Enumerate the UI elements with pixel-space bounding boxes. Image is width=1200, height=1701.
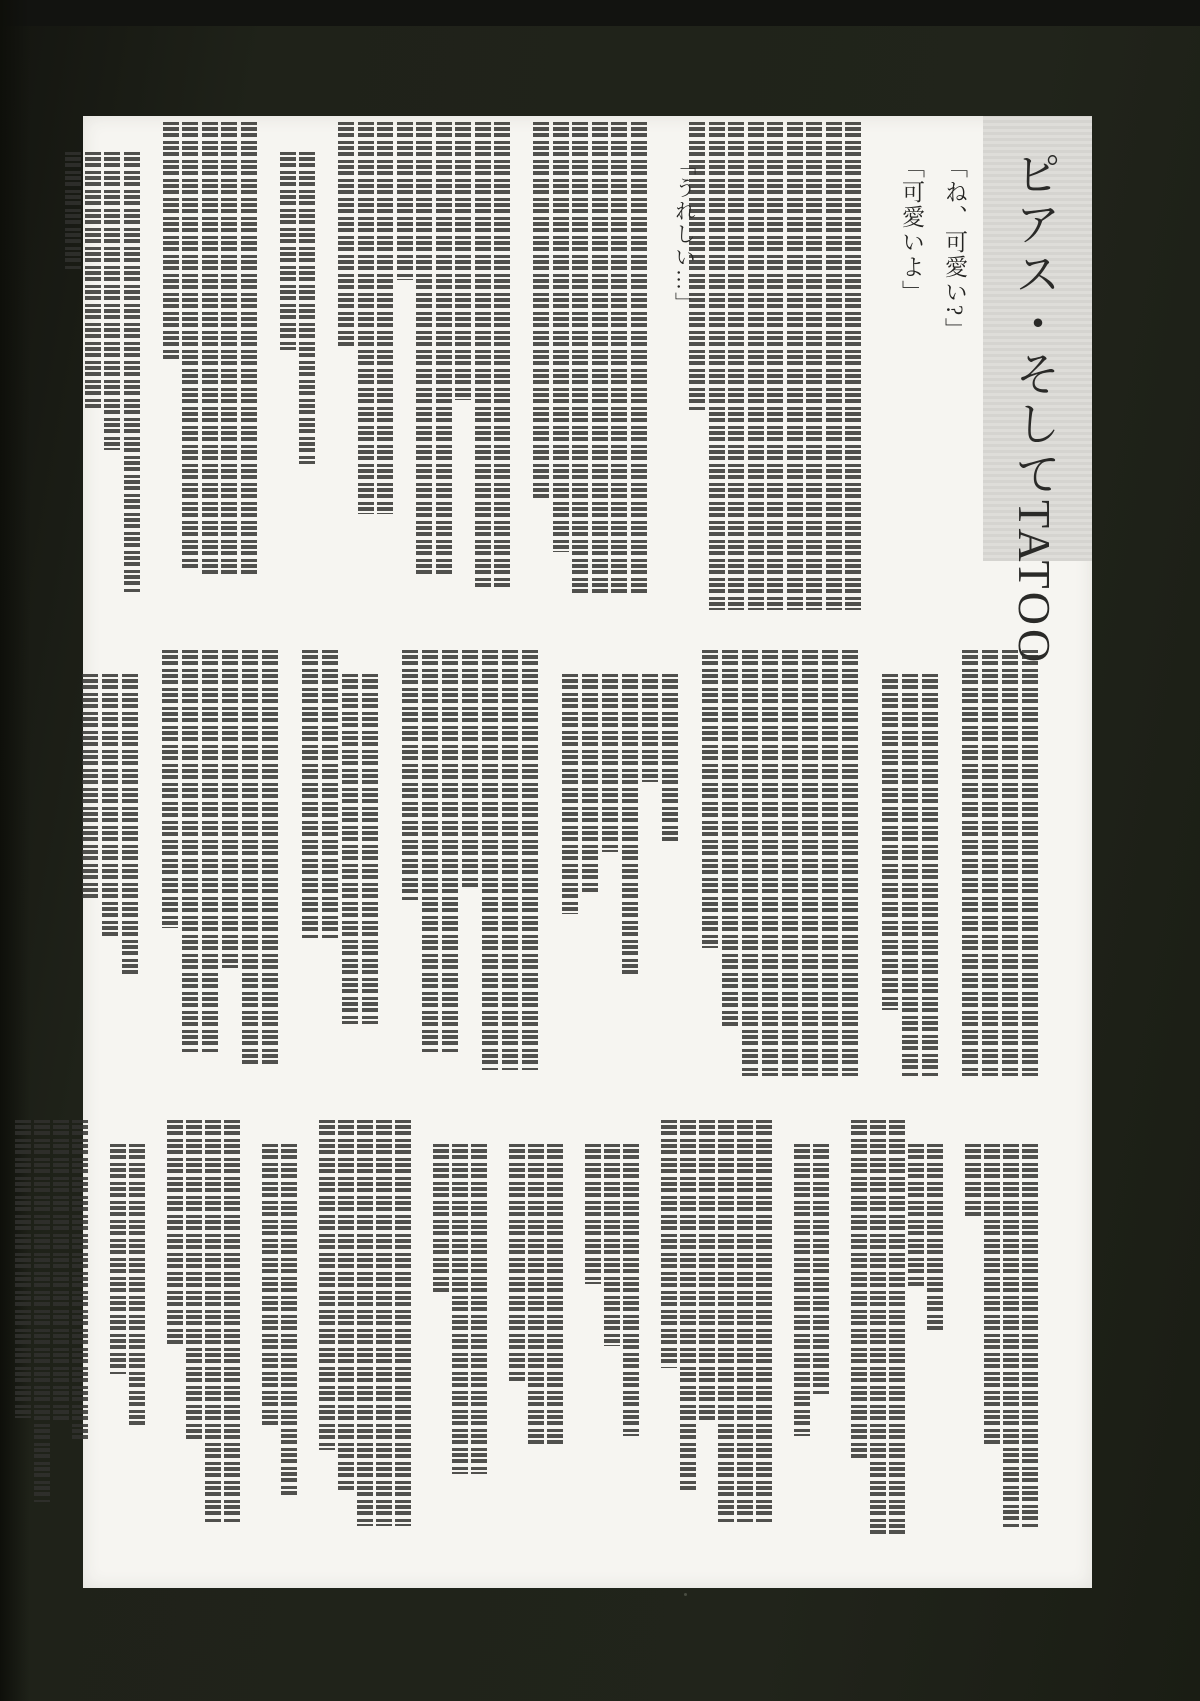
text-block-middle <box>83 650 1092 1080</box>
redacted-text-column <box>922 674 938 1076</box>
redacted-text-column <box>433 1144 449 1294</box>
redacted-text-column <box>376 1120 392 1526</box>
redacted-text-column <box>842 650 858 1076</box>
redacted-text-column <box>167 1120 183 1348</box>
scan-top-edge <box>0 0 1200 26</box>
redacted-text-column <box>756 1120 772 1522</box>
redacted-text-column <box>585 1144 601 1284</box>
redacted-text-column <box>1022 1144 1038 1528</box>
redacted-text-column <box>302 650 318 940</box>
redacted-text-column <box>15 1120 31 1418</box>
redacted-text-column <box>822 650 838 1076</box>
redacted-text-column <box>965 1144 981 1220</box>
redacted-text-column <box>813 1144 829 1396</box>
redacted-text-column <box>299 152 315 464</box>
redacted-text-column <box>342 674 358 1024</box>
redacted-text-column <box>509 1144 525 1382</box>
redacted-text-column <box>362 674 378 1024</box>
redacted-text-column <box>397 122 413 280</box>
redacted-text-column <box>870 1120 886 1534</box>
doujin-text-page: ピアス・そしてTATOO 「ね、可愛い?」 「可愛いよ」 「うれしい…」 <box>83 116 1092 1588</box>
redacted-text-column <box>104 152 120 450</box>
redacted-text-column <box>186 1120 202 1440</box>
redacted-text-column <box>709 122 725 610</box>
scan-dust-speck <box>684 1593 687 1596</box>
redacted-text-column <box>110 1144 126 1374</box>
redacted-text-column <box>122 674 138 976</box>
redacted-text-column <box>205 1120 221 1522</box>
redacted-text-column <box>224 1120 240 1522</box>
redacted-text-column <box>528 1144 544 1446</box>
redacted-text-column <box>402 650 418 900</box>
redacted-text-column <box>358 122 374 514</box>
redacted-text-column <box>572 122 588 594</box>
redacted-text-column <box>722 650 738 1030</box>
redacted-text-column <box>163 122 179 360</box>
redacted-text-column <box>442 650 458 1052</box>
redacted-text-column <box>602 674 618 852</box>
redacted-text-column <box>662 674 678 842</box>
redacted-text-column <box>782 650 798 1076</box>
text-block-bottom <box>83 1120 1092 1528</box>
redacted-text-column <box>533 122 549 500</box>
redacted-text-column <box>162 650 178 928</box>
redacted-text-column <box>748 122 764 610</box>
redacted-text-column <box>642 674 658 782</box>
redacted-text-column <box>202 650 218 1052</box>
redacted-text-column <box>927 1144 943 1334</box>
redacted-text-column <box>604 1144 620 1346</box>
redacted-text-column <box>262 650 278 1066</box>
redacted-text-column <box>845 122 861 610</box>
redacted-text-column <box>455 122 471 400</box>
redacted-text-column <box>182 122 198 570</box>
dialogue-line: 「うれしい…」 <box>670 154 700 284</box>
scanned-page-background: { "document": { "title": "ピアス・そしてTATOO",… <box>0 0 1200 1701</box>
redacted-text-column <box>702 650 718 948</box>
redacted-text-column <box>742 650 758 1076</box>
redacted-text-column <box>319 1120 335 1450</box>
redacted-text-column <box>281 1144 297 1496</box>
redacted-text-column <box>611 122 627 594</box>
redacted-text-column <box>416 122 432 574</box>
redacted-text-column <box>202 122 218 578</box>
redacted-text-column <box>182 650 198 1052</box>
redacted-text-column <box>338 1120 354 1492</box>
redacted-text-column <box>547 1144 563 1446</box>
redacted-text-column <box>908 1144 924 1286</box>
redacted-text-column <box>82 674 98 902</box>
redacted-text-column <box>322 650 338 940</box>
redacted-text-column <box>129 1144 145 1426</box>
redacted-text-column <box>984 1144 1000 1444</box>
redacted-text-column <box>582 674 598 892</box>
redacted-text-column <box>680 1120 696 1492</box>
redacted-text-column <box>882 674 898 1010</box>
redacted-text-column <box>452 1144 468 1474</box>
redacted-text-column <box>124 152 140 592</box>
redacted-text-column <box>889 1120 905 1534</box>
redacted-text-column <box>1002 650 1018 1076</box>
redacted-text-column <box>262 1144 278 1426</box>
redacted-text-column <box>522 650 538 1070</box>
redacted-text-column <box>631 122 647 594</box>
redacted-text-column <box>562 674 578 914</box>
redacted-text-column <box>767 122 783 610</box>
redacted-text-column <box>462 650 478 888</box>
redacted-text-column <box>622 674 638 974</box>
redacted-text-column <box>728 122 744 610</box>
redacted-text-column <box>806 122 822 610</box>
redacted-text-column <box>661 1120 677 1368</box>
redacted-text-column <box>1003 1144 1019 1528</box>
redacted-text-column <box>377 122 393 514</box>
redacted-text-column <box>553 122 569 552</box>
redacted-text-column <box>787 122 803 610</box>
redacted-text-column <box>242 650 258 1066</box>
redacted-text-column <box>982 650 998 1076</box>
redacted-text-column <box>623 1144 639 1436</box>
redacted-text-column <box>85 152 101 410</box>
redacted-text-column <box>592 122 608 594</box>
redacted-text-column <box>762 650 778 1076</box>
redacted-text-column <box>794 1144 810 1436</box>
redacted-text-column <box>221 122 237 578</box>
redacted-text-column <box>802 650 818 1076</box>
redacted-text-column <box>826 122 842 610</box>
redacted-text-column <box>395 1120 411 1526</box>
redacted-text-column <box>1022 650 1038 1076</box>
redacted-text-column <box>699 1120 715 1420</box>
redacted-text-column <box>436 122 452 574</box>
redacted-text-column <box>222 650 238 968</box>
redacted-text-column <box>475 122 491 587</box>
redacted-text-column <box>962 650 978 1076</box>
redacted-text-column <box>471 1144 487 1474</box>
scan-left-edge-shadow <box>0 0 30 1701</box>
redacted-text-column <box>34 1120 50 1502</box>
redacted-text-column <box>280 152 296 350</box>
redacted-text-column <box>72 1120 88 1442</box>
redacted-text-column <box>65 152 81 270</box>
redacted-text-column <box>338 122 354 350</box>
redacted-text-column <box>502 650 518 1070</box>
redacted-text-column <box>241 122 257 578</box>
redacted-text-column <box>902 674 918 1076</box>
redacted-text-column <box>482 650 498 1070</box>
redacted-text-column <box>737 1120 753 1522</box>
redacted-text-column <box>53 1120 69 1420</box>
redacted-text-column <box>357 1120 373 1526</box>
redacted-text-column <box>718 1120 734 1522</box>
redacted-text-column <box>102 674 118 936</box>
redacted-text-column <box>422 650 438 1052</box>
redacted-text-column <box>851 1120 867 1458</box>
redacted-text-column <box>494 122 510 587</box>
text-block-top: 「うれしい…」 <box>83 122 1092 617</box>
